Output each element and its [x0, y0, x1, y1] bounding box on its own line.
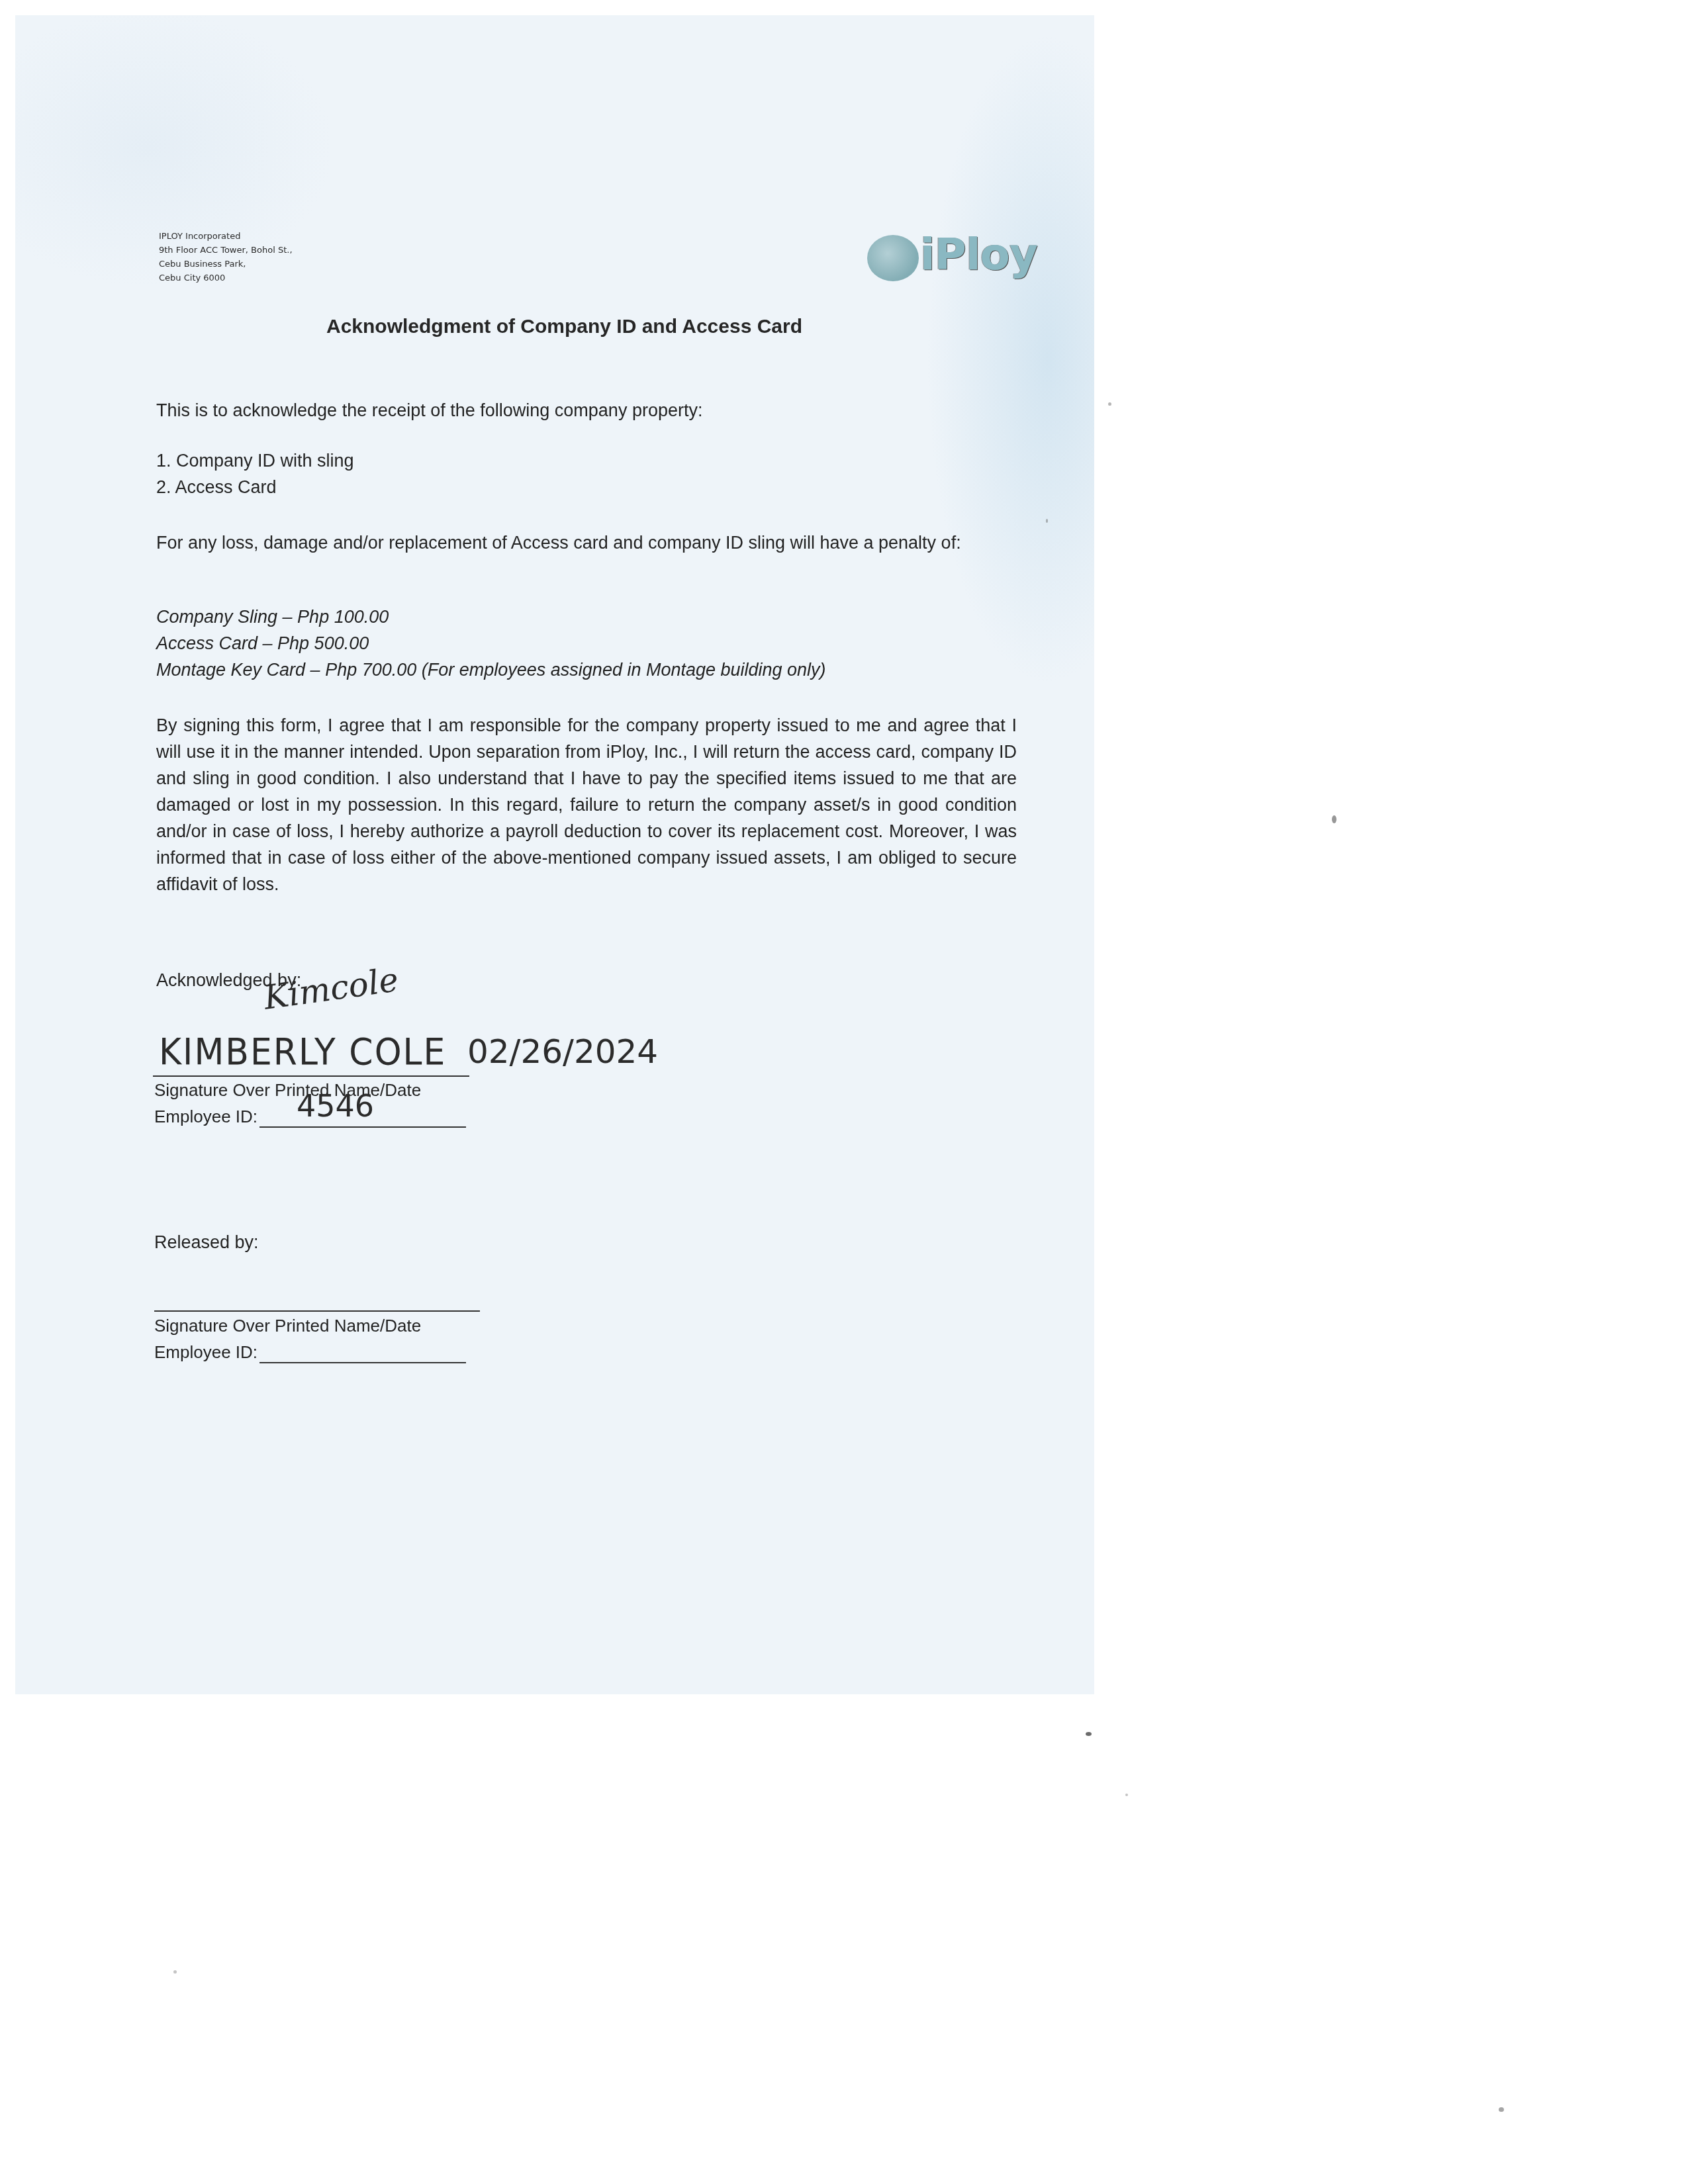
- agreement-paragraph: By signing this form, I agree that I am …: [156, 712, 1017, 897]
- scan-speck: [1125, 1794, 1128, 1796]
- intro-paragraph: This is to acknowledge the receipt of th…: [156, 397, 702, 424]
- company-address: IPLOY Incorporated 9th Floor ACC Tower, …: [159, 230, 293, 285]
- scan-speck: [1046, 519, 1048, 523]
- employee-id-label: Employee ID:: [154, 1107, 258, 1127]
- property-list: 1. Company ID with sling 2. Access Card: [156, 447, 354, 500]
- scan-speck: [1086, 1732, 1092, 1736]
- signature-line: [154, 1310, 480, 1312]
- scan-speck: [1332, 815, 1336, 823]
- penalty-item: Company Sling – Php 100.00: [156, 604, 826, 630]
- address-line: Cebu City 6000: [159, 271, 293, 285]
- address-line: Cebu Business Park,: [159, 257, 293, 271]
- list-item: 1. Company ID with sling: [156, 447, 354, 474]
- employee-id-label: Employee ID:: [154, 1342, 258, 1363]
- logo-wordmark: iPloy: [920, 228, 1037, 281]
- address-line: IPLOY Incorporated: [159, 230, 293, 244]
- document-title-text: Acknowledgment of Company ID and Access …: [326, 316, 802, 338]
- penalty-list: Company Sling – Php 100.00 Access Card –…: [156, 604, 826, 683]
- globe-icon: [867, 235, 919, 281]
- signature-caption: Signature Over Printed Name/Date: [154, 1080, 421, 1101]
- handwritten-employee-id: 4546: [297, 1088, 374, 1124]
- scan-speck: [1108, 402, 1111, 406]
- released-by-label: Released by:: [154, 1232, 259, 1253]
- handwritten-date: 02/26/2024: [467, 1032, 658, 1071]
- scan-speck: [173, 1970, 177, 1974]
- signature-line: [153, 1075, 469, 1077]
- list-item: 2. Access Card: [156, 474, 354, 500]
- employee-id-line: [259, 1362, 466, 1363]
- scan-speck: [1499, 2107, 1504, 2112]
- penalty-item: Montage Key Card – Php 700.00 (For emplo…: [156, 657, 826, 683]
- penalty-item: Access Card – Php 500.00: [156, 630, 826, 657]
- signature-caption: Signature Over Printed Name/Date: [154, 1316, 421, 1336]
- employee-id-line: [259, 1126, 466, 1128]
- penalty-intro: For any loss, damage and/or replacement …: [156, 529, 1017, 556]
- document-title: Acknowledgment of Company ID and Access …: [0, 316, 1127, 338]
- company-logo: iPloy: [867, 228, 1039, 288]
- address-line: 9th Floor ACC Tower, Bohol St.,: [159, 244, 293, 257]
- handwritten-printed-name: KIMBERLY COLE: [159, 1032, 446, 1073]
